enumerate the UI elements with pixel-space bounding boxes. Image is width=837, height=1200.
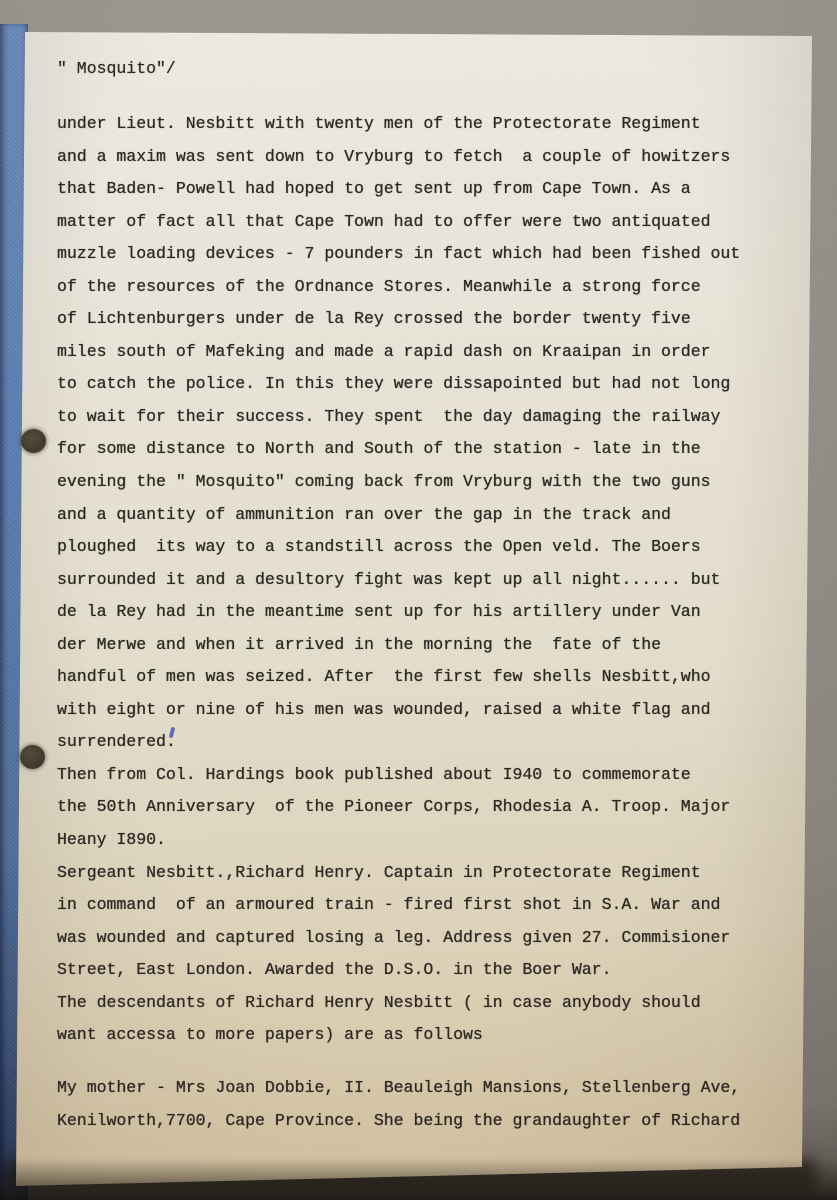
typed-line: ploughed its way to a standstill across … [57,531,740,564]
typed-line: with eight or nine of his men was wounde… [57,694,740,727]
typed-line: to catch the police. In this they were d… [57,368,740,401]
typed-line: miles south of Mafeking and made a rapid… [57,336,740,369]
document-page: " Mosquito"/ under Lieut. Nesbitt with t… [0,0,837,1200]
typed-line: want accessa to more papers) are as foll… [57,1019,740,1052]
typed-line: matter of fact all that Cape Town had to… [57,206,740,239]
typed-line: The descendants of Richard Henry Nesbitt… [57,987,740,1020]
typed-line: handful of men was seized. After the fir… [57,661,740,694]
typed-line: Street, East London. Awarded the D.S.O. … [57,954,740,987]
typed-line: Heany I890. [57,824,740,857]
bottom-edge-shadow [0,1158,837,1200]
typed-line: to wait for their success. They spent th… [57,401,740,434]
typed-line: was wounded and captured losing a leg. A… [57,922,740,955]
typed-line: evening the " Mosquito" coming back from… [57,466,740,499]
typed-line: and a maxim was sent down to Vryburg to … [57,141,740,174]
typed-line: for some distance to North and South of … [57,433,740,466]
punch-hole-top [21,429,46,453]
document-photo: " Mosquito"/ under Lieut. Nesbitt with t… [0,0,837,1200]
typed-text-footer: My mother - Mrs Joan Dobbie, II. Beaulei… [57,1072,740,1137]
page-title: " Mosquito"/ [57,58,176,80]
typed-text-body: under Lieut. Nesbitt with twenty men of … [57,108,740,1052]
typed-line: of Lichtenburgers under de la Rey crosse… [57,303,740,336]
typed-line: that Baden- Powell had hoped to get sent… [57,173,740,206]
typed-line: surrounded it and a desultory fight was … [57,564,740,597]
typed-line: under Lieut. Nesbitt with twenty men of … [57,108,740,141]
typed-line: Sergeant Nesbitt.,Richard Henry. Captain… [57,857,740,890]
typed-line: de la Rey had in the meantime sent up fo… [57,596,740,629]
typed-line: My mother - Mrs Joan Dobbie, II. Beaulei… [57,1072,740,1105]
typed-line: of the resources of the Ordnance Stores.… [57,271,740,304]
typed-line: the 50th Anniversary of the Pioneer Corp… [57,791,740,824]
typed-line: surrendered. [57,726,740,759]
typed-line: and a quantity of ammunition ran over th… [57,499,740,532]
typed-line: Then from Col. Hardings book published a… [57,759,740,792]
typed-line: Kenilworth,7700, Cape Province. She bein… [57,1105,740,1138]
typed-line: muzzle loading devices - 7 pounders in f… [57,238,740,271]
typed-line: in command of an armoured train - fired … [57,889,740,922]
typed-line: der Merwe and when it arrived in the mor… [57,629,740,662]
punch-hole-bottom [20,745,45,769]
